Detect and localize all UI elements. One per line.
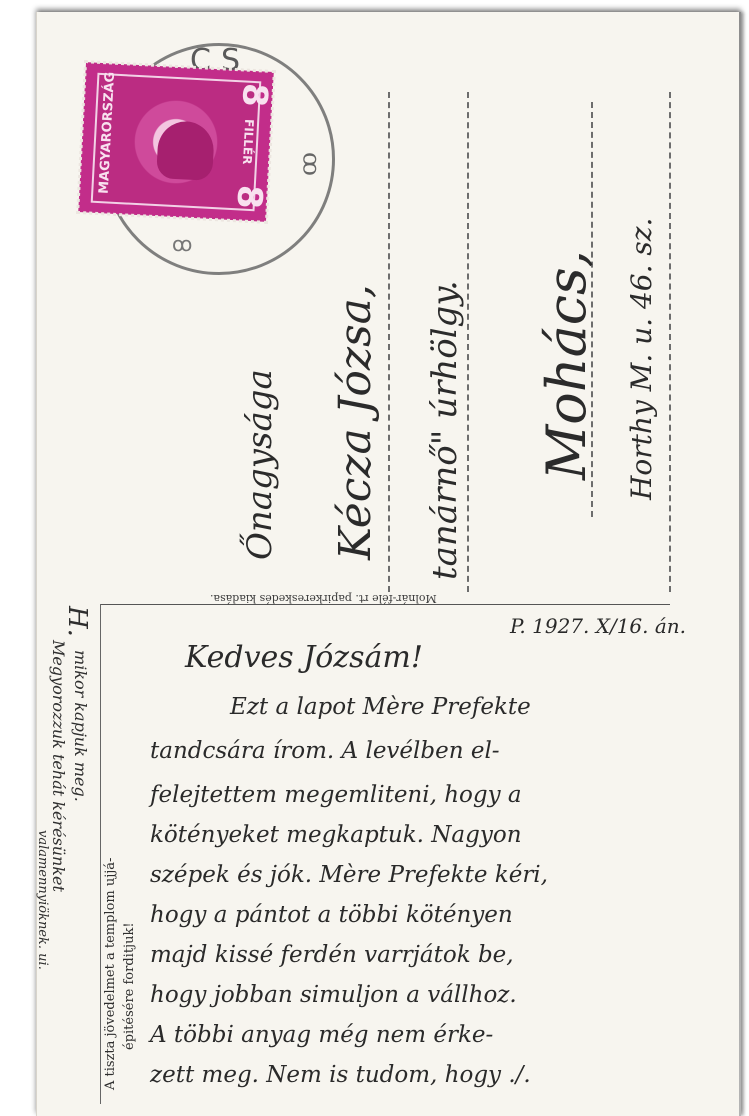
address-title: tanárnő" úrhölgy.: [425, 280, 465, 580]
holy-crown-icon: [156, 120, 215, 181]
printed-appeal-line-1: A tiszta jövedelmet a templom ujjá-: [103, 858, 118, 1090]
address-line-rule-1: [388, 92, 390, 592]
message-line: majd kissé ferdén varrjátok be,: [150, 942, 514, 968]
address-street: Horthy M. u. 46. sz.: [625, 218, 658, 500]
message-line: zett meg. Nem is tudom, hogy ./.: [150, 1062, 531, 1088]
side-note-line: Megyorozzuk tehát kérésünket: [49, 640, 68, 892]
message-date: P. 1927. X/16. án.: [510, 614, 686, 638]
side-note-mark: H.: [62, 606, 92, 637]
address-name: Kécza Józsa,: [330, 284, 381, 560]
stamp-value-bottom: 8: [229, 184, 270, 210]
side-note-line: valamennyiöknek. ui.: [35, 830, 50, 970]
postmark-bottom-ornament-icon: ꝏ: [172, 235, 192, 259]
postmark-ornament-icon: ꝏ: [294, 152, 322, 176]
message-line: hogy a pántot a többi kötényen: [150, 902, 513, 928]
side-note-line: mikor kapjuk meg.: [71, 650, 90, 802]
message-greeting: Kedves Józsám!: [185, 640, 423, 675]
address-line-rule-4: [669, 92, 671, 592]
address-city: Mohács,: [535, 250, 598, 480]
side-margin-divider: [100, 604, 101, 1104]
card-edge: [739, 12, 741, 1116]
message-line: tandcsára írom. A levélben el-: [150, 738, 500, 764]
printed-appeal-line-2: épitésére forditjuk!: [122, 922, 137, 1050]
publisher-imprint: Molnár-féle rt. papirkereskedés kiadása.: [210, 592, 437, 605]
address-line-rule-2: [467, 92, 469, 592]
stamp-value-top: 8: [234, 82, 275, 108]
postage-stamp: MAGYARORSZÁG 8 FILLÉR 8: [78, 62, 274, 222]
message-line: hogy jobban simuljon a vállhoz.: [150, 982, 517, 1008]
message-line: A többi anyag még nem érke-: [150, 1022, 493, 1048]
address-salutation: Őnagysága: [240, 369, 280, 560]
message-line: szépek és jók. Mère Prefekte kéri,: [150, 862, 548, 888]
message-line: felejtettem megemliteni, hogy a: [150, 782, 522, 808]
message-line: Ezt a lapot Mère Prefekte: [230, 694, 531, 720]
message-line: kötényeket megkaptuk. Nagyon: [150, 822, 522, 848]
